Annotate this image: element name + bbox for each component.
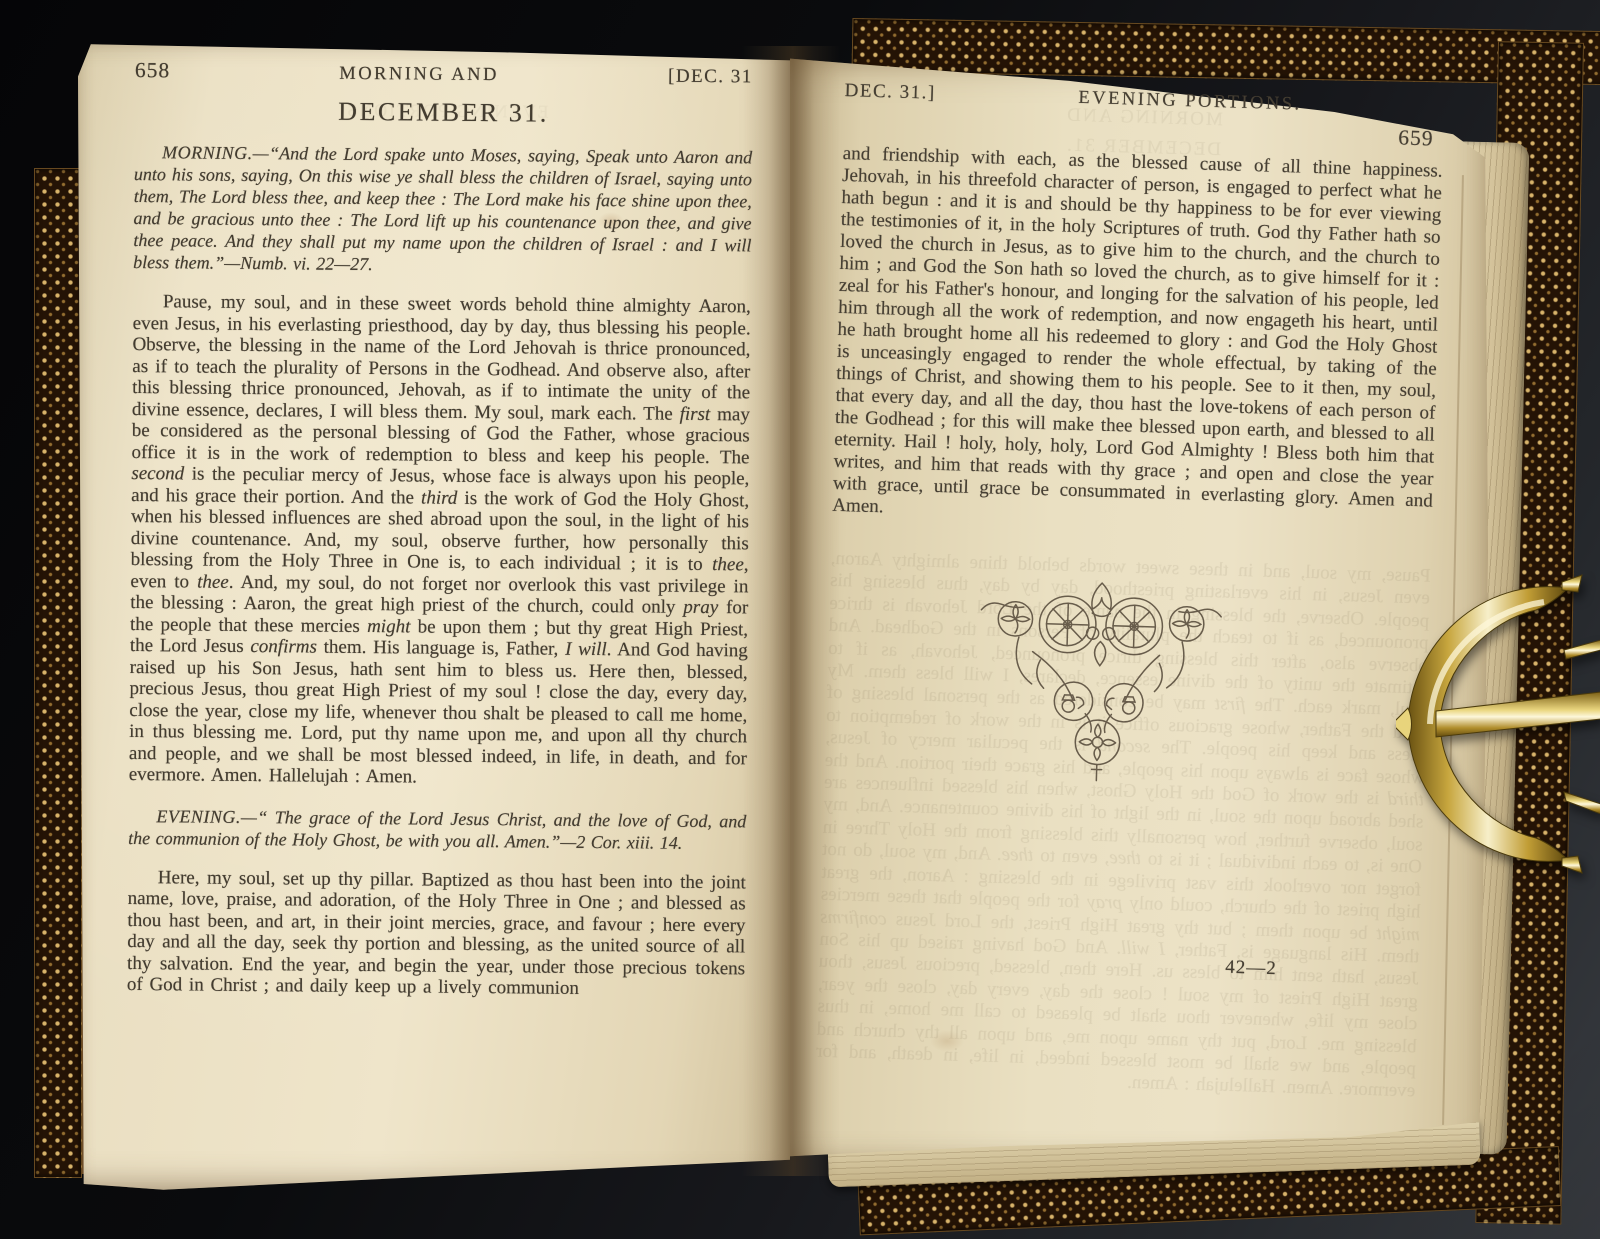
clip-rod-upper bbox=[1564, 640, 1600, 659]
clip-finial-top bbox=[1562, 575, 1582, 592]
book-gutter-shadow bbox=[742, 46, 840, 1176]
evening-scripture: EVENING.—“ The grace of the Lord Jesus C… bbox=[128, 804, 746, 853]
right-date-mark: DEC. 31.] bbox=[844, 80, 936, 105]
morning-meditation: Pause, my soul, and in these sweet words… bbox=[129, 291, 751, 791]
book-photo: EVENING PORTIONS. 658 MORNING AND [DEC. … bbox=[0, 0, 1600, 1239]
left-date-mark: [DEC. 31 bbox=[668, 66, 753, 89]
clip-finial-bottom bbox=[1562, 856, 1582, 873]
running-head-title: MORNING AND bbox=[339, 64, 499, 86]
evening-meditation-continued: and friendship with each, as the blessed… bbox=[832, 143, 1443, 535]
gilt-border-left bbox=[34, 168, 82, 1178]
left-running-head: 658 MORNING AND [DEC. 31 bbox=[135, 58, 753, 88]
right-page-text-block: MORNING AND DECEMBER 31. DEC. 31.] EVENI… bbox=[819, 80, 1445, 984]
clip-point bbox=[1396, 708, 1412, 740]
brass-anchor-page-clip-icon bbox=[1396, 566, 1600, 891]
evening-label: EVENING.— bbox=[156, 806, 257, 827]
tailpiece-ornament bbox=[970, 569, 1228, 788]
evening-meditation: Here, my soul, set up thy pillar. Baptiz… bbox=[127, 866, 746, 1000]
running-head-title: EVENING PORTIONS. bbox=[1078, 88, 1302, 116]
morning-label: MORNING.— bbox=[162, 142, 269, 163]
day-title: DECEMBER 31. bbox=[134, 95, 752, 130]
left-page-text-block: EVENING PORTIONS. 658 MORNING AND [DEC. … bbox=[127, 58, 753, 1020]
right-page-number: 659 bbox=[1398, 125, 1434, 150]
clip-shaft bbox=[1436, 692, 1600, 737]
left-page-number: 658 bbox=[135, 58, 170, 83]
morning-scripture: MORNING.—“And the Lord spake unto Moses,… bbox=[133, 141, 752, 278]
clip-rod-lower bbox=[1564, 792, 1600, 814]
